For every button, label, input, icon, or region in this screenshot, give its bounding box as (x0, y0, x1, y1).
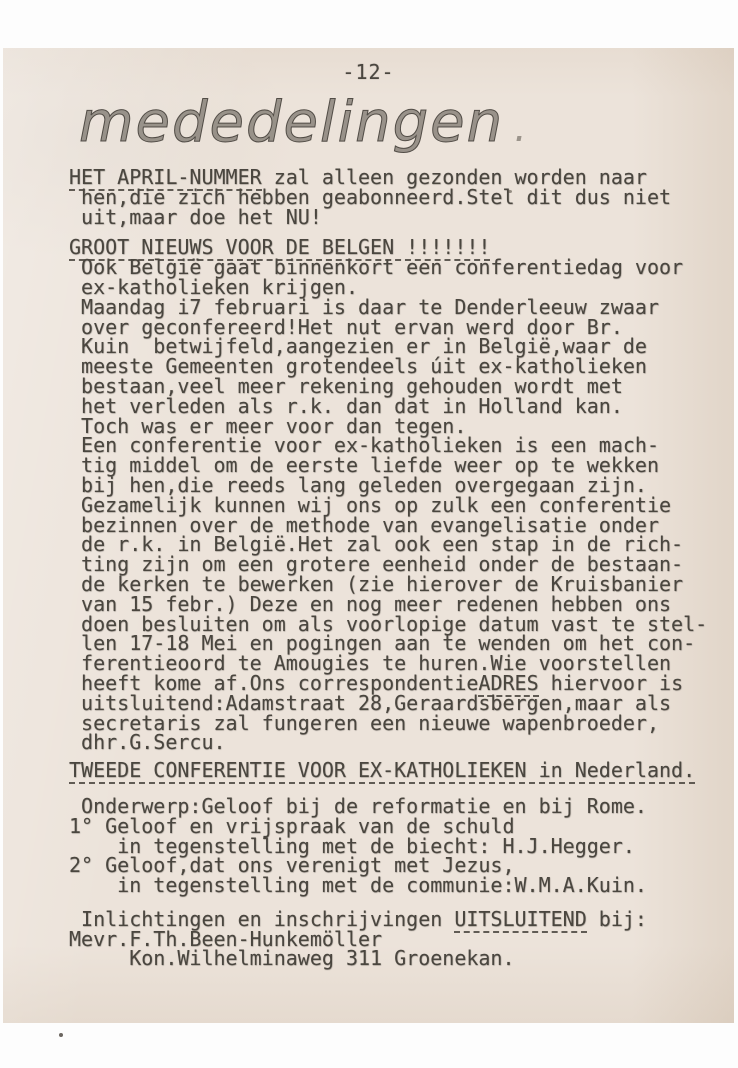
tweede-conferentie-heading-line: TWEEDE CONFERENTIE VOOR EX-KATHOLIEKEN i… (69, 761, 734, 781)
underlined-text: UITSLUITEND (454, 907, 586, 933)
text-segment: in tegenstelling met de communie:W.M.A.K… (69, 873, 647, 897)
section-tweede-conferentie-heading: TWEEDE CONFERENTIE VOOR EX-KATHOLIEKEN i… (69, 761, 734, 781)
tweede-conferentie-body-line: in tegenstelling met de communie:W.M.A.K… (69, 876, 734, 896)
text-segment: bij: (587, 907, 647, 931)
document-paper: -12- mededelingen. HET APRIL-NUMMER zal … (3, 48, 734, 1023)
page-number: -12- (3, 62, 734, 82)
section-inlichtingen: Inlichtingen en inschrijvingen UITSLUITE… (69, 910, 734, 969)
scan-background: { "colors": { "paper": "#ece3da", "ink":… (0, 0, 738, 1068)
section-april-nummer: HET APRIL-NUMMER zal alleen gezonden wor… (69, 168, 734, 227)
underlined-text: TWEEDE CONFERENTIE VOOR EX-KATHOLIEKEN i… (69, 758, 695, 784)
text-segment: Kon.Wilhelminaweg 311 Groenekan. (69, 946, 515, 970)
title-period: . (514, 105, 529, 151)
text-segment: uit,maar doe het NU! (69, 205, 322, 229)
groot-nieuws-belgen-line: dhr.G.Sercu. (69, 733, 734, 753)
section-tweede-conferentie-body: Onderwerp:Geloof bij de reformatie en bi… (69, 797, 734, 896)
ink-speck (508, 190, 512, 193)
inlichtingen-line: Kon.Wilhelminaweg 311 Groenekan. (69, 949, 734, 969)
section-groot-nieuws-belgen: GROOT NIEUWS VOOR DE BELGEN !!!!!!! Ook … (69, 238, 734, 753)
document-title: mededelingen. (79, 88, 734, 158)
april-nummer-line: uit,maar doe het NU! (69, 208, 734, 228)
title-script-text: mededelingen (79, 90, 504, 155)
ink-speck (59, 1033, 63, 1037)
text-segment: dhr.G.Sercu. (69, 730, 226, 754)
